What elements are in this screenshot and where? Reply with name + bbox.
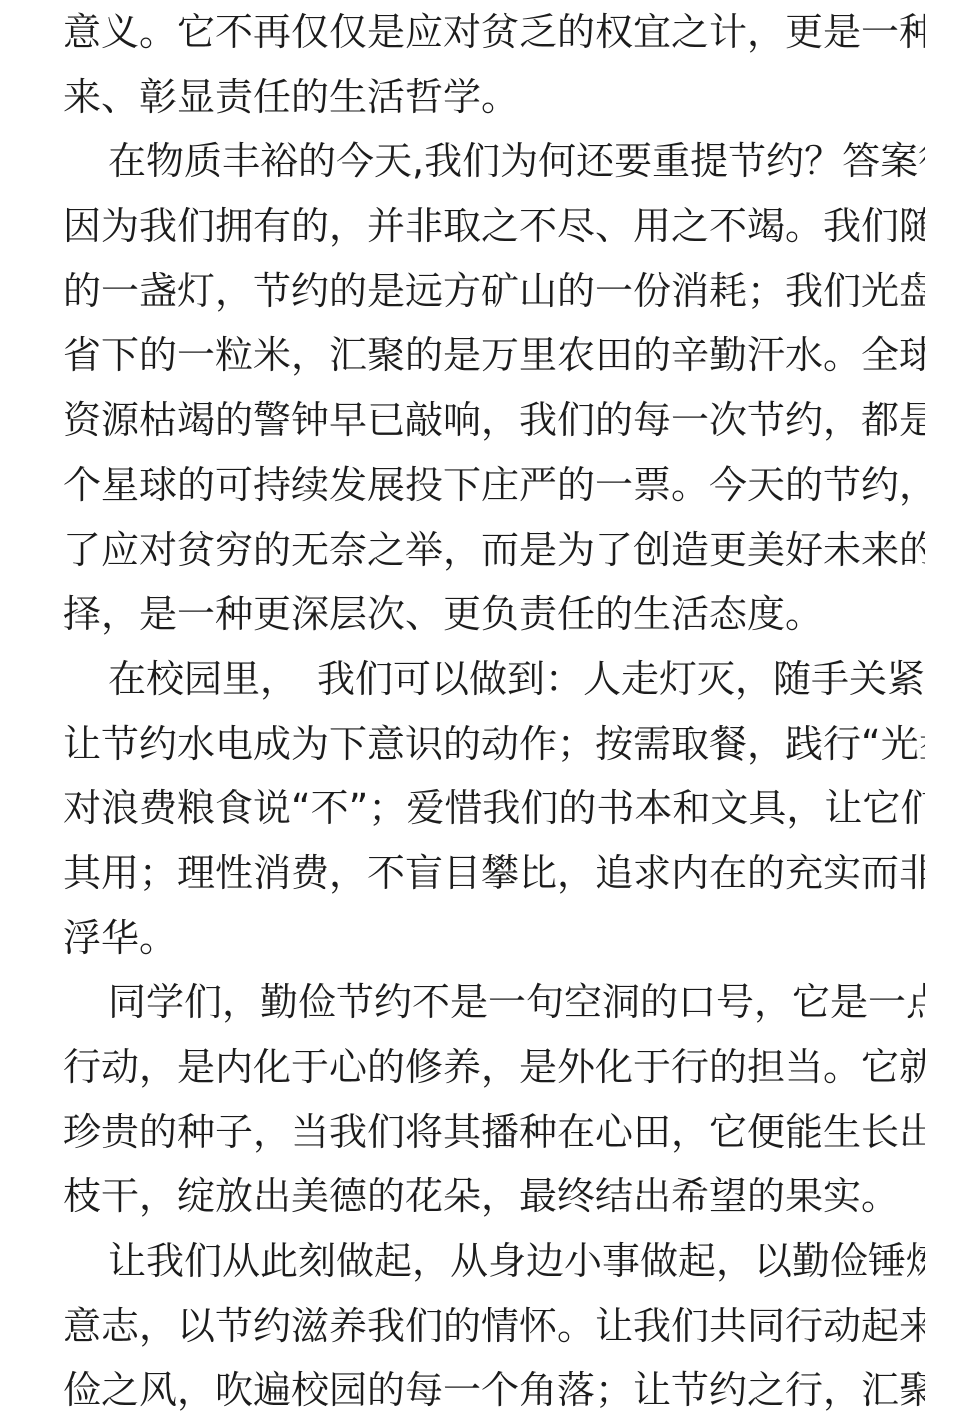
text-line: 珍贵的种子，当我们将其播种在心田，它便能生长出责任的 (63, 1100, 925, 1165)
text-line: 在校园里， 我们可以做到：人走灯灭，随手关紧水龙头， (63, 647, 925, 712)
text-line: 其用；理性消费，不盲目攀比，追求内在的充实而非外在的 (63, 841, 925, 906)
essay-text-block: 意义。它不再仅仅是应对贫乏的权宜之计，更是一种关乎未来、彰显责任的生活哲学。在物… (63, 0, 925, 1423)
document-page: 意义。它不再仅仅是应对贫乏的权宜之计，更是一种关乎未来、彰显责任的生活哲学。在物… (0, 0, 980, 1424)
text-line: 意志，以节约滋养我们的情怀。让我们共同行动起来，让勤 (63, 1294, 925, 1359)
text-line: 了应对贫穷的无奈之举，而是为了创造更美好未来的主动选 (63, 518, 925, 583)
text-line: 浮华。 (63, 906, 925, 971)
text-line: 来、彰显责任的生活哲学。 (63, 65, 925, 130)
text-line: 行动，是内化于心的修养，是外化于行的担当。它就像一颗 (63, 1035, 925, 1100)
text-line: 让我们从此刻做起，从身边小事做起，以勤俭锤炼我们的 (63, 1229, 925, 1294)
text-line: 俭之风，吹遍校园的每一个角落；让节约之行，汇聚成推动 (63, 1358, 925, 1423)
text-line: 在物质丰裕的今天,我们为何还要重提节约？答案很简单： (63, 129, 925, 194)
text-line: 同学们，勤俭节约不是一句空洞的口号，它是一点一滴的 (63, 970, 925, 1035)
text-line: 意义。它不再仅仅是应对贫乏的权宜之计，更是一种关乎未 (63, 0, 925, 65)
text-line: 资源枯竭的警钟早已敲响，我们的每一次节约，都是在为这 (63, 388, 925, 453)
text-line: 择，是一种更深层次、更负责任的生活态度。 (63, 582, 925, 647)
text-line: 省下的一粒米，汇聚的是万里农田的辛勤汗水。全球变暖、 (63, 323, 925, 388)
text-line: 的一盏灯，节约的是远方矿山的一份消耗；我们光盘行动中 (63, 259, 925, 324)
text-line: 因为我们拥有的，并非取之不尽、用之不竭。我们随手关掉 (63, 194, 925, 259)
text-line: 枝干，绽放出美德的花朵，最终结出希望的果实。 (63, 1164, 925, 1229)
text-line: 让节约水电成为下意识的动作；按需取餐，践行“光盘行动”， (63, 712, 925, 777)
text-line: 对浪费粮食说“不”；爱惜我们的书本和文具，让它们物尽 (63, 776, 925, 841)
text-line: 个星球的可持续发展投下庄严的一票。今天的节约，不是为 (63, 453, 925, 518)
